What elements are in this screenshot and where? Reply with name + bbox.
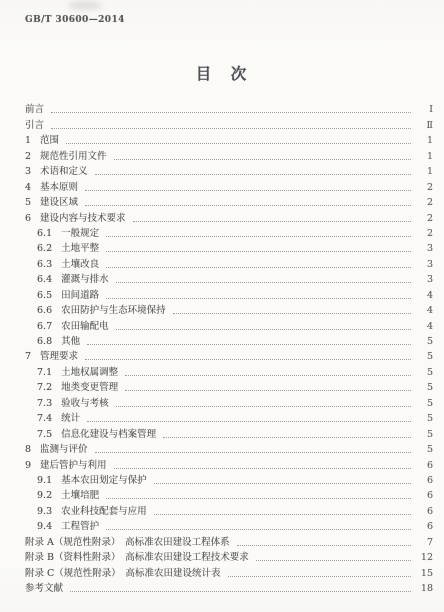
toc-entry: 前言 Ⅰ — [25, 101, 433, 116]
entry-page-number: 5 — [416, 367, 433, 379]
entry-number: 9.4 — [37, 521, 52, 533]
entry-label: 工程管护 — [61, 521, 99, 533]
toc-entry: 7 管理要求 5 — [25, 348, 433, 363]
toc-entry: 7.4 统计 5 — [25, 410, 433, 425]
toc-entry: 3 术语和定义 1 — [25, 163, 433, 178]
entry-page-number: 18 — [416, 583, 433, 595]
entry-number: 5 — [25, 197, 31, 209]
dot-leader — [70, 591, 411, 592]
entry-label: 附录 B（资料性附录） 高标准农田建设工程技术要求 — [25, 552, 249, 564]
entry-label: 基本原则 — [40, 182, 78, 194]
entry-label: 土地平整 — [61, 243, 99, 255]
entry-number: 9 — [25, 460, 31, 472]
entry-number: 6 — [25, 213, 31, 225]
entry-number: 9.2 — [37, 490, 52, 502]
toc-entry: 9 建后管护与利用 6 — [25, 456, 433, 471]
toc-entry: 6.3 土壤改良 3 — [25, 255, 433, 270]
entry-page-number: 3 — [416, 259, 433, 271]
entry-number: 7.5 — [37, 429, 52, 441]
entry-number: 6.3 — [37, 259, 52, 271]
entry-number: 8 — [25, 444, 31, 456]
entry-number: 6.6 — [37, 305, 52, 317]
entry-page-number: 6 — [416, 490, 433, 502]
toc-entry: 6 建设内容与技术要求 2 — [25, 209, 433, 224]
entry-number: 4 — [25, 182, 31, 194]
entry-number: 6.4 — [37, 274, 52, 286]
entry-number: 6.7 — [37, 321, 52, 333]
dot-leader — [237, 545, 411, 546]
entry-label: 土地权属调整 — [61, 367, 118, 379]
toc-entry: 5 建设区域 2 — [25, 194, 433, 209]
dot-leader — [85, 190, 411, 191]
entry-page-number: 5 — [416, 429, 433, 441]
toc-entry: 7.1 土地权属调整 5 — [25, 363, 433, 378]
toc-entry: 6.5 田间道路 4 — [25, 286, 433, 301]
entry-page-number: 5 — [416, 444, 433, 456]
entry-page-number: 4 — [416, 321, 433, 333]
dot-leader — [116, 329, 411, 330]
dot-leader — [228, 576, 411, 577]
toc-entry: 8 监测与评价 5 — [25, 441, 433, 456]
entry-label: 验收与考核 — [61, 398, 109, 410]
entry-label: 地类变更管理 — [61, 382, 118, 394]
dot-leader — [256, 560, 411, 561]
entry-number: 6.8 — [37, 336, 52, 348]
dot-leader — [95, 174, 411, 175]
entry-label: 一般规定 — [61, 228, 99, 240]
standard-number: GB/T 30600—2014 — [25, 15, 125, 25]
entry-page-number: Ⅰ — [416, 104, 433, 116]
entry-page-number: 1 — [416, 151, 433, 163]
entry-label: 其他 — [61, 336, 80, 348]
entry-number: 6.2 — [37, 243, 52, 255]
toc-entry: 附录 B（资料性附录） 高标准农田建设工程技术要求 12 — [25, 549, 433, 564]
dot-leader — [133, 221, 411, 222]
entry-number: 7.1 — [37, 367, 52, 379]
entry-label: 术语和定义 — [40, 166, 88, 178]
entry-page-number: Ⅱ — [416, 120, 433, 132]
entry-page-number: 4 — [416, 305, 433, 317]
dot-leader — [163, 437, 411, 438]
dot-leader — [173, 313, 411, 314]
toc-entry: 9.2 土壤培肥 6 — [25, 487, 433, 502]
toc-entry: 1 范围 1 — [25, 132, 433, 147]
entry-page-number: 5 — [416, 351, 433, 363]
entry-label: 灌溉与排水 — [61, 274, 109, 286]
toc-entry: 参考文献 18 — [25, 580, 433, 595]
toc-list: 前言 Ⅰ 引言 Ⅱ 1 范围 1 2 规范性引用文件 1 3 术语和定义 1 4… — [25, 101, 433, 595]
entry-number: 3 — [25, 166, 31, 178]
toc-entry: 4 基本原则 2 — [25, 178, 433, 193]
entry-label: 管理要求 — [40, 351, 78, 363]
toc-entry: 9.4 工程管护 6 — [25, 518, 433, 533]
dot-leader — [114, 468, 411, 469]
entry-label: 建设区域 — [40, 197, 78, 209]
dot-leader — [125, 390, 411, 391]
toc-entry: 6.2 土地平整 3 — [25, 240, 433, 255]
dot-leader — [116, 282, 411, 283]
entry-label: 田间道路 — [61, 290, 99, 302]
entry-page-number: 1 — [416, 166, 433, 178]
dot-leader — [51, 128, 411, 129]
dot-leader — [106, 236, 411, 237]
dot-leader — [154, 514, 411, 515]
page-title: 目 次 — [0, 62, 444, 84]
entry-label: 参考文献 — [25, 583, 63, 595]
toc-entry: 7.5 信息化建设与档案管理 5 — [25, 425, 433, 440]
entry-label: 农业科技配套与应用 — [61, 506, 147, 518]
entry-number: 7.4 — [37, 413, 52, 425]
entry-page-number: 6 — [416, 506, 433, 518]
toc-entry: 9.1 基本农田划定与保护 6 — [25, 472, 433, 487]
entry-label: 建后管护与利用 — [40, 460, 107, 472]
entry-page-number: 2 — [416, 213, 433, 225]
dot-leader — [95, 452, 411, 453]
entry-number: 7.3 — [37, 398, 52, 410]
toc-entry: 引言 Ⅱ — [25, 116, 433, 131]
entry-page-number: 3 — [416, 243, 433, 255]
dot-leader — [106, 267, 411, 268]
dot-leader — [85, 205, 411, 206]
entry-number: 2 — [25, 151, 31, 163]
dot-leader — [106, 298, 411, 299]
entry-label: 基本农田划定与保护 — [61, 475, 147, 487]
toc-entry: 附录 C（规范性附录） 高标准农田建设统计表 15 — [25, 564, 433, 579]
dot-leader — [116, 406, 411, 407]
entry-label: 农田输配电 — [61, 321, 109, 333]
entry-label: 范围 — [40, 135, 59, 147]
toc-entry: 2 规范性引用文件 1 — [25, 147, 433, 162]
entry-number: 1 — [25, 135, 31, 147]
toc-entry: 附录 A（规范性附录） 高标准农田建设工程体系 7 — [25, 533, 433, 548]
entry-page-number: 6 — [416, 475, 433, 487]
entry-label: 土壤培肥 — [61, 490, 99, 502]
entry-page-number: 2 — [416, 182, 433, 194]
entry-page-number: 6 — [416, 460, 433, 472]
toc-entry: 6.4 灌溉与排水 3 — [25, 271, 433, 286]
toc-entry: 9.3 农业科技配套与应用 6 — [25, 502, 433, 517]
dot-leader — [125, 375, 411, 376]
entry-number: 6.1 — [37, 228, 52, 240]
entry-page-number: 2 — [416, 228, 433, 240]
scan-artifact — [68, 1, 102, 10]
entry-page-number: 2 — [416, 197, 433, 209]
dot-leader — [106, 529, 411, 530]
entry-label: 附录 A（规范性附录） 高标准农田建设工程体系 — [25, 537, 230, 549]
dot-leader — [66, 143, 411, 144]
dot-leader — [87, 344, 411, 345]
entry-page-number: 3 — [416, 274, 433, 286]
entry-page-number: 15 — [416, 568, 433, 580]
entry-page-number: 5 — [416, 413, 433, 425]
toc-entry: 7.2 地类变更管理 5 — [25, 379, 433, 394]
dot-leader — [85, 359, 411, 360]
dot-leader — [51, 112, 411, 113]
entry-page-number: 5 — [416, 336, 433, 348]
entry-label: 土壤改良 — [61, 259, 99, 271]
entry-label: 建设内容与技术要求 — [40, 213, 126, 225]
entry-number: 7.2 — [37, 382, 52, 394]
toc-entry: 6.7 农田输配电 4 — [25, 317, 433, 332]
toc-entry: 7.3 验收与考核 5 — [25, 394, 433, 409]
entry-page-number: 5 — [416, 382, 433, 394]
entry-page-number: 4 — [416, 290, 433, 302]
entry-page-number: 6 — [416, 521, 433, 533]
entry-page-number: 1 — [416, 135, 433, 147]
dot-leader — [106, 498, 411, 499]
entry-label: 农田防护与生态环境保持 — [61, 305, 166, 317]
dot-leader — [87, 421, 411, 422]
entry-label: 信息化建设与档案管理 — [61, 429, 156, 441]
entry-page-number: 12 — [416, 552, 433, 564]
toc-entry: 6.1 一般规定 2 — [25, 225, 433, 240]
entry-label: 规范性引用文件 — [40, 151, 107, 163]
entry-label: 前言 — [25, 104, 44, 116]
entry-label: 附录 C（规范性附录） 高标准农田建设统计表 — [25, 568, 221, 580]
entry-label: 引言 — [25, 120, 44, 132]
dot-leader — [114, 159, 411, 160]
toc-entry: 6.6 农田防护与生态环境保持 4 — [25, 302, 433, 317]
entry-number: 9.1 — [37, 475, 52, 487]
entry-page-number: 7 — [416, 537, 433, 549]
dot-leader — [154, 483, 411, 484]
entry-number: 7 — [25, 351, 31, 363]
toc-entry: 6.8 其他 5 — [25, 333, 433, 348]
scanned-document-page: { "doc": { "standard_number": "GB/T 3060… — [0, 0, 444, 612]
entry-label: 统计 — [61, 413, 80, 425]
dot-leader — [106, 251, 411, 252]
entry-number: 9.3 — [37, 506, 52, 518]
entry-page-number: 5 — [416, 398, 433, 410]
entry-number: 6.5 — [37, 290, 52, 302]
entry-label: 监测与评价 — [40, 444, 88, 456]
